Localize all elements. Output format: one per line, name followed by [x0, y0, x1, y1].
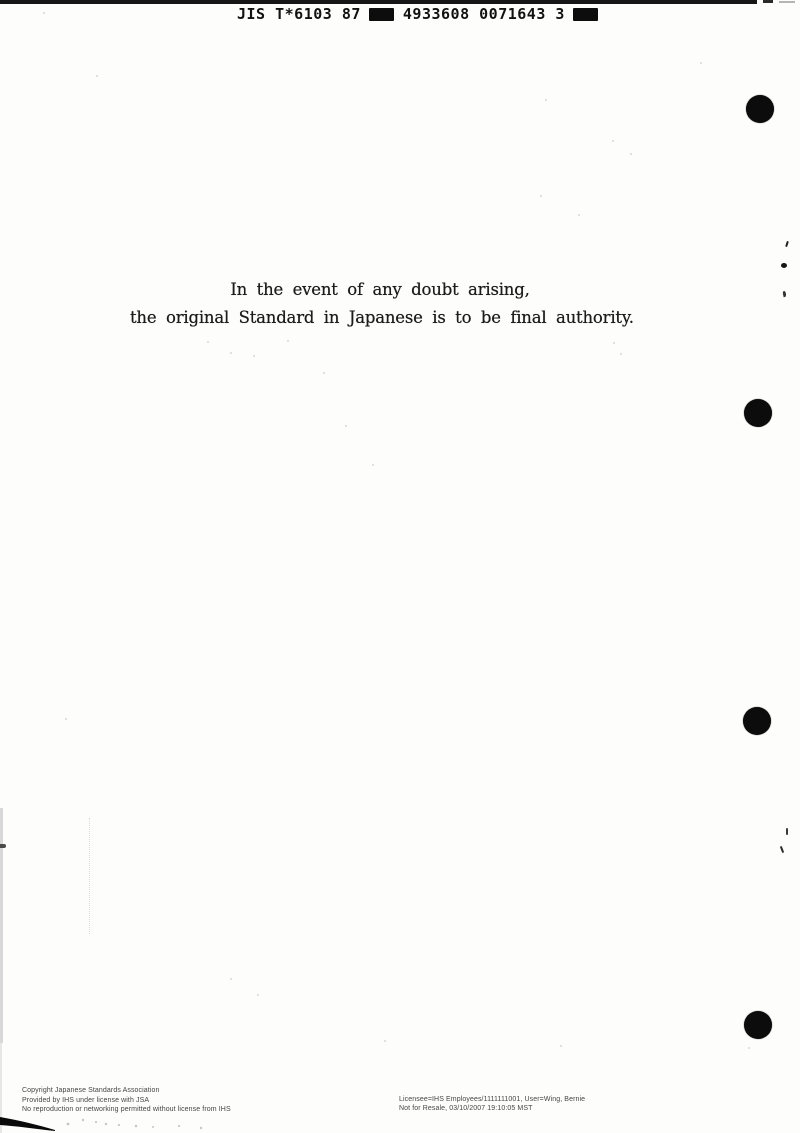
scan-noise-speck	[700, 62, 702, 64]
scan-edge-dash	[763, 0, 773, 3]
scan-noise-speck	[545, 99, 547, 101]
scan-noise-speck	[257, 994, 259, 996]
scan-mark	[0, 844, 6, 848]
copyright-block: Copyright Japanese Standards Association…	[22, 1086, 231, 1115]
notice-line-1: In the event of any doubt arising,	[130, 276, 630, 304]
punch-hole-dot	[743, 707, 771, 735]
scan-noise-speck	[253, 355, 255, 357]
barcode-block-icon	[573, 8, 598, 21]
scan-noise-speck	[345, 425, 347, 427]
scan-noise-speck	[207, 341, 209, 343]
scan-mark	[780, 846, 784, 853]
scan-mark	[786, 828, 788, 835]
license-line: Not for Resale, 03/10/2007 19:10:05 MST	[399, 1105, 585, 1114]
document-page: JIS T*6103 87 4933608 0071643 3 In the e…	[0, 0, 800, 1133]
authority-notice: In the event of any doubt arising, the o…	[130, 276, 630, 331]
document-code-left: JIS T*6103 87	[237, 5, 361, 23]
scan-noise-speck	[620, 353, 622, 355]
scan-edge-faint	[779, 1, 795, 3]
scan-noise-speck	[384, 1040, 386, 1042]
scan-edge-top-bar	[0, 0, 757, 4]
scan-noise-speck	[372, 464, 374, 466]
punch-hole-dot	[744, 399, 772, 427]
scan-noise-speck	[560, 1045, 562, 1047]
scan-noise-speck	[323, 372, 325, 374]
scan-noise-speck	[287, 340, 289, 342]
punch-hole-dot	[744, 1011, 772, 1039]
copyright-line: Copyright Japanese Standards Association	[22, 1086, 231, 1096]
document-code-right: 4933608 0071643 3	[403, 5, 565, 23]
scan-noise-speck	[540, 195, 542, 197]
scan-noise-speck	[230, 352, 232, 354]
scan-noise-speck	[612, 140, 614, 142]
scan-noise-speck	[748, 1047, 750, 1049]
faint-pencil-line	[89, 818, 90, 934]
header-document-code: JIS T*6103 87 4933608 0071643 3	[237, 5, 598, 23]
notice-line-2: the original Standard in Japanese is to …	[130, 304, 630, 332]
scan-noise-speck	[96, 75, 98, 77]
scan-mark	[785, 241, 789, 247]
scan-mark	[782, 291, 786, 297]
license-line: Licensee=IHS Employees/1111111001, User=…	[399, 1096, 585, 1105]
scan-noise-speck	[630, 153, 632, 155]
scan-noise-speck	[65, 718, 67, 720]
scan-mark	[781, 263, 787, 268]
barcode-block-icon	[369, 8, 394, 21]
scan-noise-speck	[43, 12, 45, 14]
punch-hole-dot	[746, 95, 774, 123]
license-block: Licensee=IHS Employees/1111111001, User=…	[399, 1096, 585, 1113]
pen-stroke-artifact	[0, 1112, 230, 1133]
scan-noise-speck	[230, 978, 232, 980]
scan-noise-speck	[613, 342, 615, 344]
scan-noise-speck	[578, 214, 580, 216]
copyright-line: Provided by IHS under license with JSA	[22, 1096, 231, 1106]
